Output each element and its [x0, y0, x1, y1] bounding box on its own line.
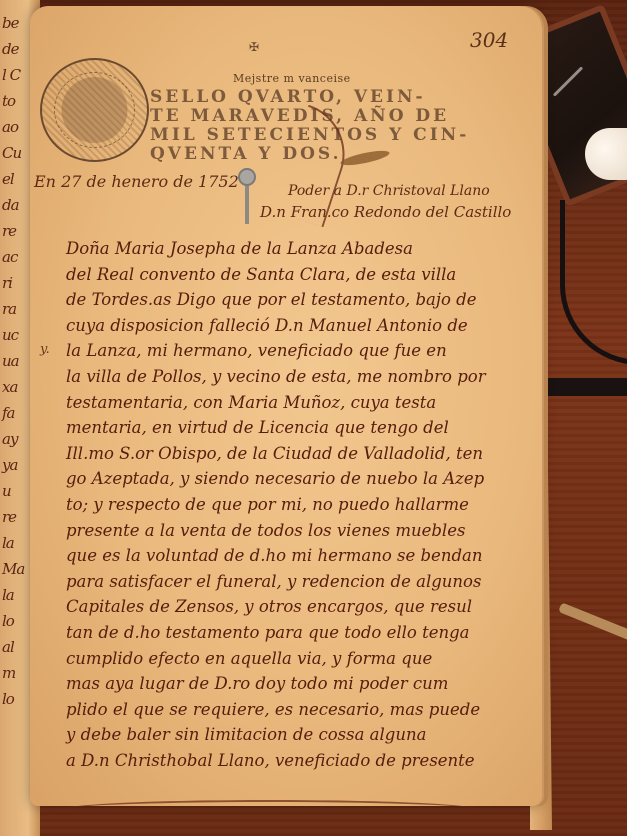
attestation-line-2: D.n Fran.co Redondo del Castillo: [260, 203, 511, 221]
body-line: del Real convento de Santa Clara, de est…: [66, 262, 536, 288]
closing-flourish: [60, 800, 480, 820]
body-line: testamentaria, con Maria Muñoz, cuya tes…: [66, 390, 536, 416]
body-line: y debe baler sin limitacion de cossa alg…: [66, 722, 536, 748]
key-icon: [238, 168, 258, 228]
body-line: cuya disposicion falleció D.n Manuel Ant…: [66, 313, 536, 339]
body-line: mas aya lugar de D.ro doy todo mi poder …: [66, 671, 536, 697]
attestation-line-1: Poder a D.r Christoval Llano: [288, 183, 490, 199]
body-line: la villa de Pollos, y vecino de esta, me…: [66, 364, 536, 390]
body-line: Doña Maria Josepha de la Lanza Abadesa: [66, 236, 536, 262]
body-line: la Lanza, mi hermano, veneficiado que fu…: [66, 338, 536, 364]
body-line: cumplido efecto en aquella via, y forma …: [66, 646, 536, 672]
body-line: go Azeptada, y siendo necesario de nuebo…: [66, 466, 536, 492]
seal-inner-ring: [54, 72, 135, 148]
stamp-header: Mejstre m vanceise: [233, 72, 351, 85]
body-line: Capitales de Zensos, y otros encargos, q…: [66, 594, 536, 620]
stamp-line: TE MARAVEDIS, AÑO DE: [150, 107, 450, 126]
body-line: de Tordes.as Digo que por el testamento,…: [66, 287, 536, 313]
body-line: que es la voluntad de d.ho mi hermano se…: [66, 543, 536, 569]
cable-connector: [540, 378, 627, 396]
stamp-line: SELLO QVARTO, VEIN-: [150, 88, 450, 107]
folio-number: 304: [470, 28, 508, 52]
margin-mark: y.: [40, 342, 50, 357]
cross-mark-icon: ✠: [249, 40, 259, 54]
body-line: plido el que se requiere, es necesario, …: [66, 697, 536, 723]
body-line: a D.n Christhobal Llano, veneficiado de …: [66, 748, 536, 774]
royal-seal-icon: [40, 58, 149, 162]
white-object: [585, 128, 627, 180]
document-date: En 27 de henero de 1752: [34, 172, 239, 191]
body-line: tan de d.ho testamento para que todo ell…: [66, 620, 536, 646]
body-line: mentaria, en virtud de Licencia que teng…: [66, 415, 536, 441]
body-line: to; y respecto de que por mi, no puedo h…: [66, 492, 536, 518]
document-body: Doña Maria Josepha de la Lanza Abadesa d…: [66, 236, 536, 773]
body-line: presente a la venta de todos los vienes …: [66, 518, 536, 544]
body-line: para satisfacer el funeral, y redencion …: [66, 569, 536, 595]
body-line: Ill.mo S.or Obispo, de la Ciudad de Vall…: [66, 441, 536, 467]
